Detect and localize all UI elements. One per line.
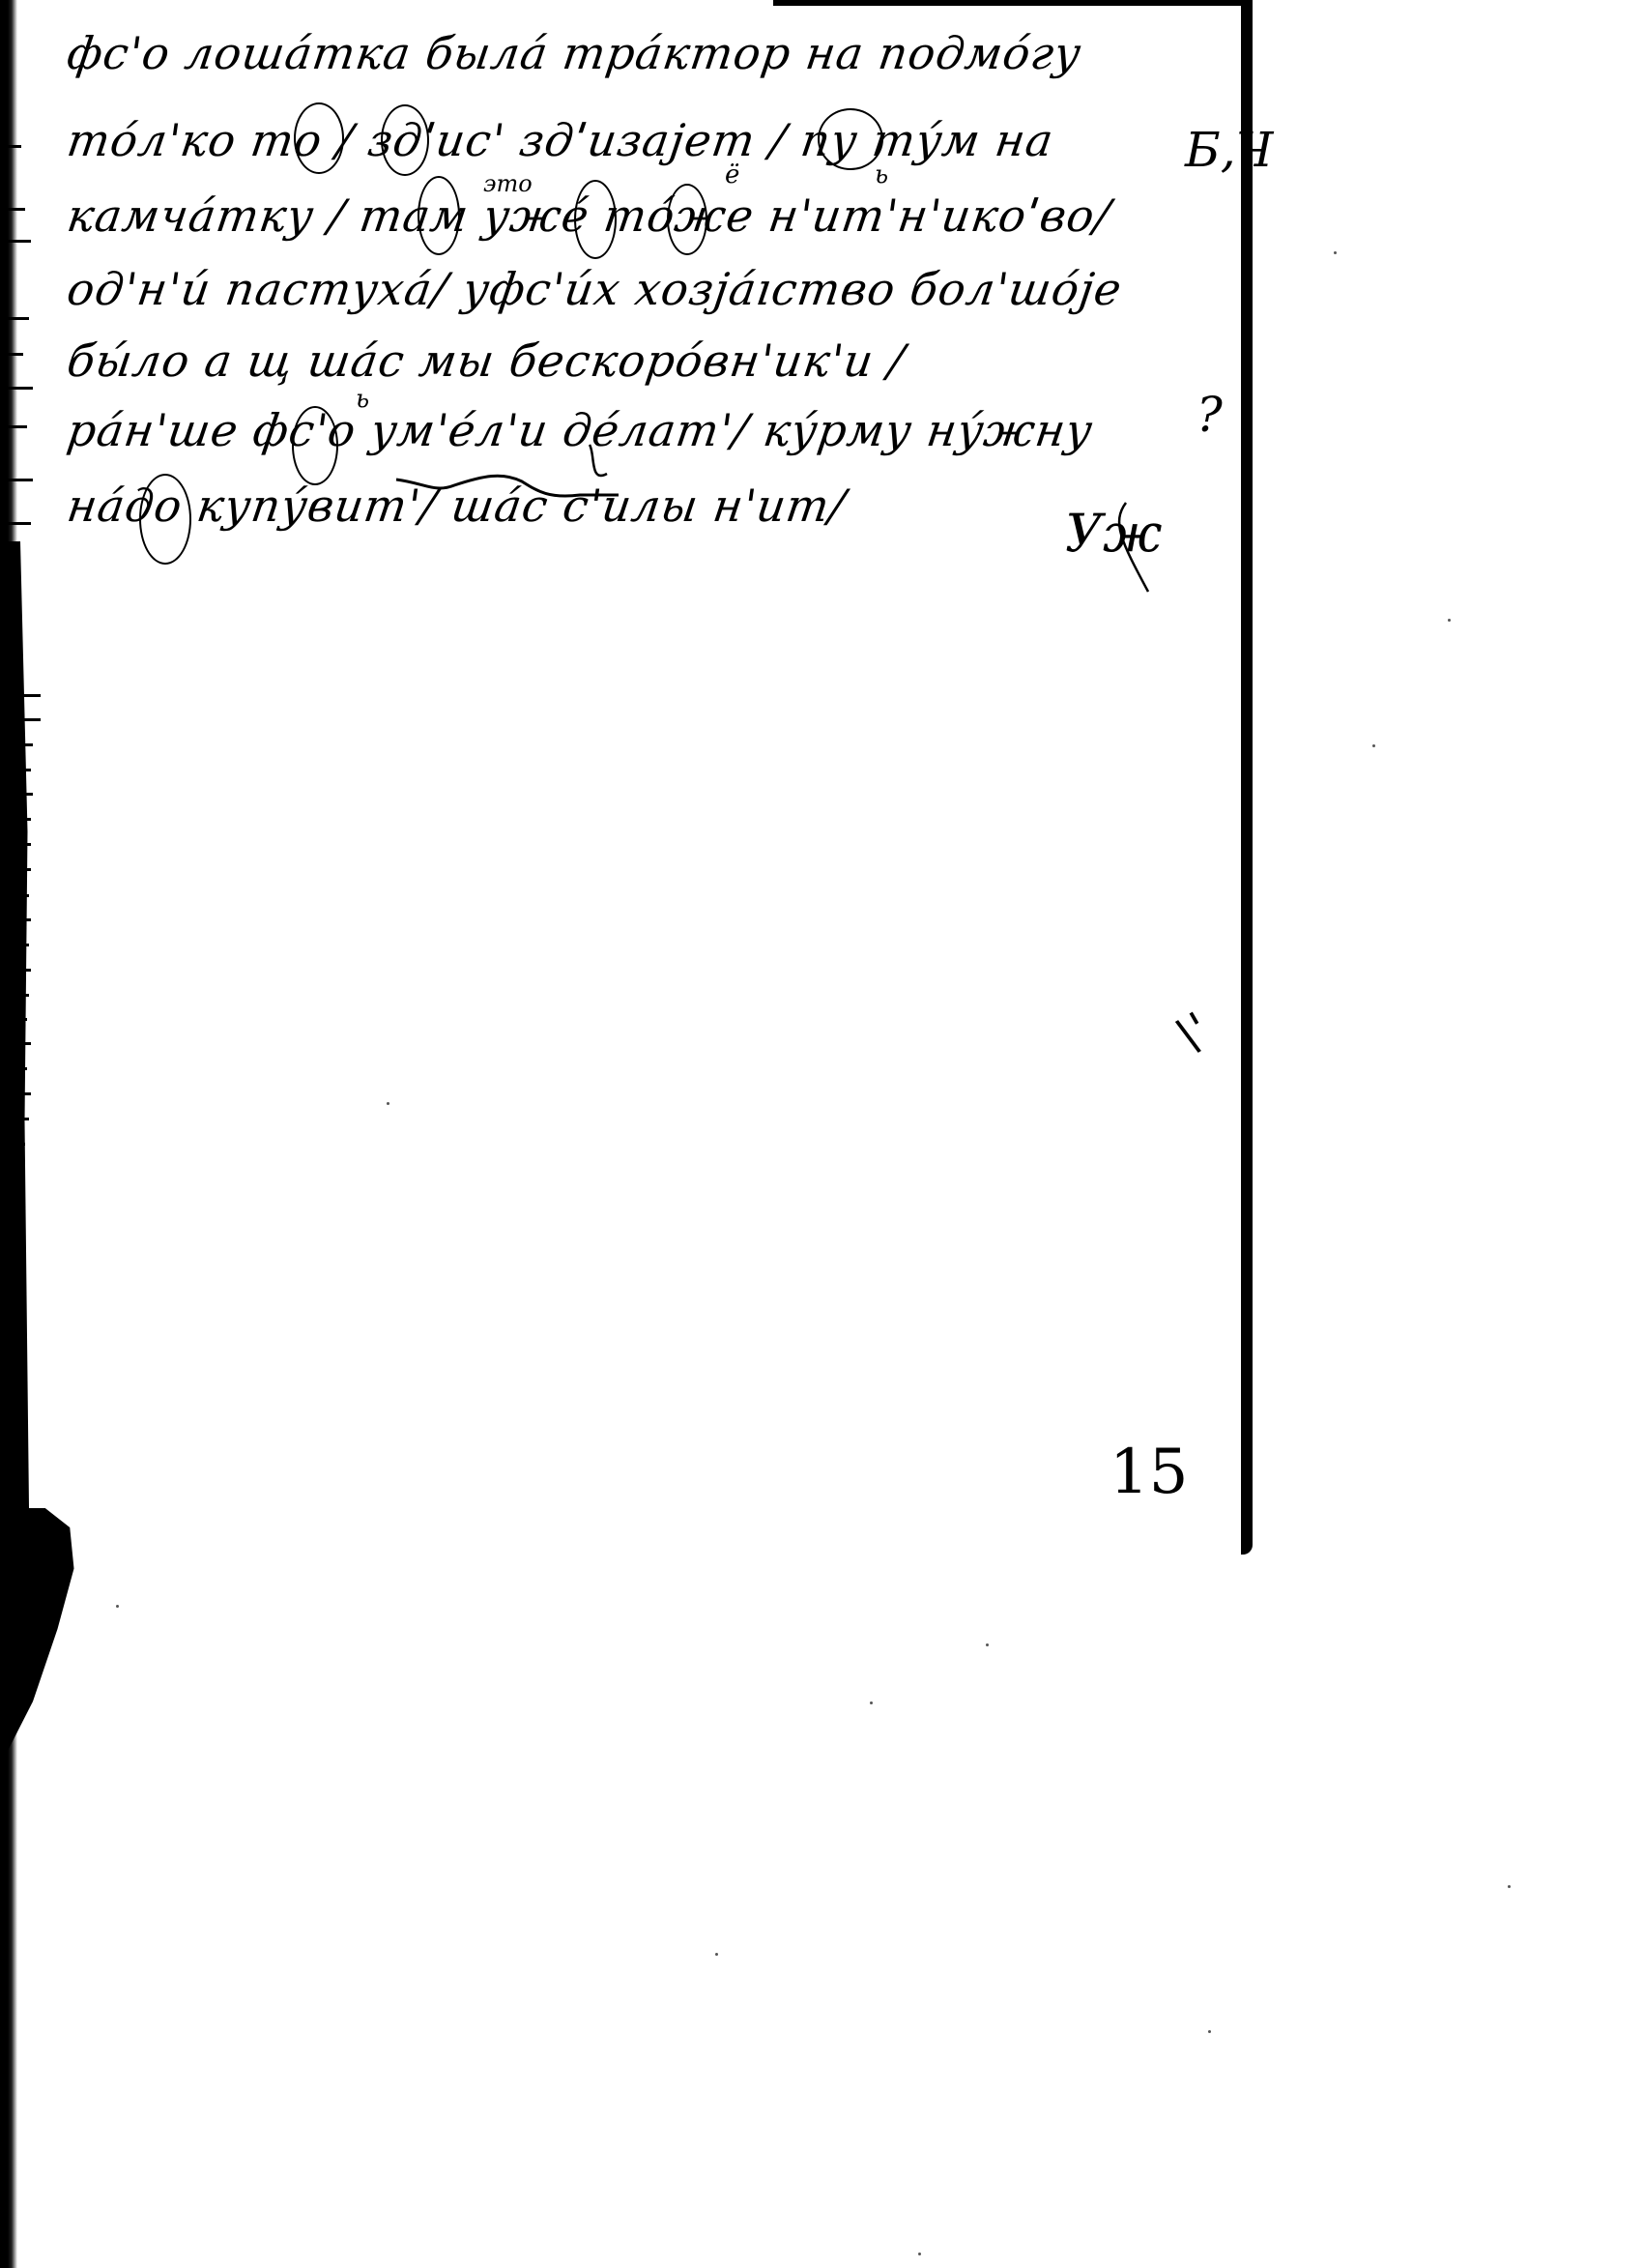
scan-speck xyxy=(1508,1885,1511,1888)
scanned-page: фс'о лошáтка былá тра́ктор на подмо́гу т… xyxy=(0,0,1643,2268)
margin-tick xyxy=(19,718,41,721)
page-number: 15 xyxy=(1110,1437,1188,1508)
margin-note-uzh: Уж xyxy=(1065,503,1162,564)
scan-speck xyxy=(715,1953,718,1956)
margin-note-question: ? xyxy=(1196,387,1223,443)
scan-speck xyxy=(1208,2030,1211,2033)
scan-speck xyxy=(918,2253,921,2255)
margin-tick xyxy=(15,1168,25,1171)
binding-blob xyxy=(0,1508,82,1750)
margin-note-bch: Б,Ч xyxy=(1185,122,1273,178)
binding-shadow xyxy=(0,541,29,1508)
margin-tick xyxy=(17,1092,31,1095)
scan-speck xyxy=(986,1643,989,1646)
scan-speck xyxy=(870,1701,873,1704)
margin-tick xyxy=(19,944,29,946)
margin-tick xyxy=(15,1143,25,1146)
margin-tick xyxy=(15,1118,29,1120)
margin-tick xyxy=(19,894,29,897)
margin-note-tick-mark: \' xyxy=(1167,1002,1219,1062)
margin-tick xyxy=(19,818,31,821)
scan-speck xyxy=(1372,744,1375,747)
margin-tick xyxy=(19,918,31,921)
margin-tick xyxy=(19,694,41,697)
wavy-underline xyxy=(0,0,1643,677)
margin-tick xyxy=(15,1268,25,1271)
scan-speck xyxy=(387,1102,389,1105)
binding-edge-lower xyxy=(0,1740,6,2268)
scan-speck xyxy=(1448,619,1451,622)
margin-tick xyxy=(17,1042,31,1045)
margin-tick xyxy=(19,769,31,771)
margin-tick xyxy=(19,868,31,871)
margin-tick xyxy=(17,1018,27,1021)
scan-speck xyxy=(1334,251,1337,254)
margin-tick xyxy=(19,793,33,796)
margin-tick xyxy=(19,969,31,972)
margin-tick xyxy=(15,1243,25,1246)
margin-tick xyxy=(19,743,33,746)
scan-speck xyxy=(116,1605,119,1608)
margin-tick xyxy=(15,1218,25,1221)
margin-tick xyxy=(15,1193,25,1196)
margin-tick xyxy=(19,843,31,846)
margin-tick xyxy=(17,1067,27,1070)
margin-tick xyxy=(17,994,29,997)
